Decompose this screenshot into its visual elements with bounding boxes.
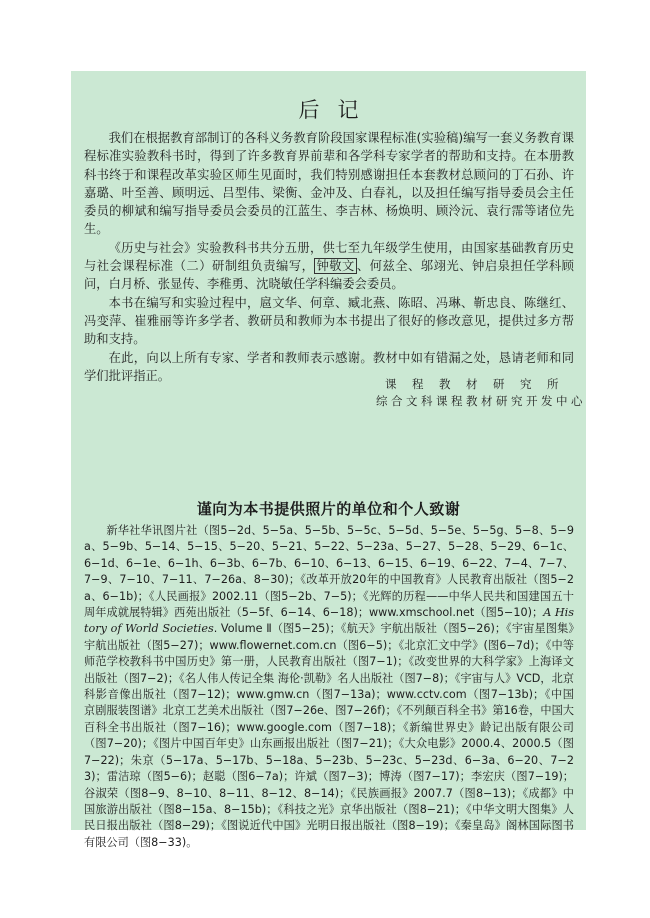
page-panel: 后记 我们在根据教育部制订的各科义务教育阶段国家课程标准(实验稿)编写一套义务教… — [71, 71, 586, 830]
photo-credits-paragraph: 新华社华讯图片社（图5−2d、5−5a、5−5b、5−5c、5−5d、5−5e、… — [84, 523, 574, 851]
photo-credits-body: 新华社华讯图片社（图5−2d、5−5a、5−5b、5−5c、5−5d、5−5e、… — [84, 523, 574, 851]
signature-block: 课程教材研究所 综合文科课程教材研究开发中心 — [376, 376, 576, 410]
afterword-paragraph-2: 《历史与社会》实验教科书共分五册，供七至九年级学生使用，由国家基础教育历史与社会… — [84, 239, 574, 294]
afterword-title: 后记 — [71, 97, 586, 123]
afterword-body: 我们在根据教育部制订的各科义务教育阶段国家课程标准(实验稿)编写一套义务教育课程… — [84, 129, 574, 385]
credits-segment-3: . Volume Ⅱ（图5−25)；《航天》宇航出版社（图5−26)；《宇宙星图… — [84, 622, 574, 848]
signature-institute: 课程教材研究所 — [385, 376, 576, 393]
afterword-paragraph-1: 我们在根据教育部制订的各科义务教育阶段国家课程标准(实验稿)编写一套义务教育课程… — [84, 129, 574, 239]
credits-title: 谨向为本书提供照片的单位和个人致谢 — [71, 499, 586, 519]
boxed-name: 钟敬文 — [314, 258, 356, 274]
signature-center: 综合文科课程教材研究开发中心 — [376, 393, 576, 410]
afterword-paragraph-3: 本书在编写和实验过程中，扈文华、何章、臧北燕、陈昭、冯琳、靳忠良、陈继红、冯变萍… — [84, 294, 574, 349]
credits-segment-1: 新华社华讯图片社（图5−2d、5−5a、5−5b、5−5c、5−5d、5−5e、… — [84, 524, 574, 619]
